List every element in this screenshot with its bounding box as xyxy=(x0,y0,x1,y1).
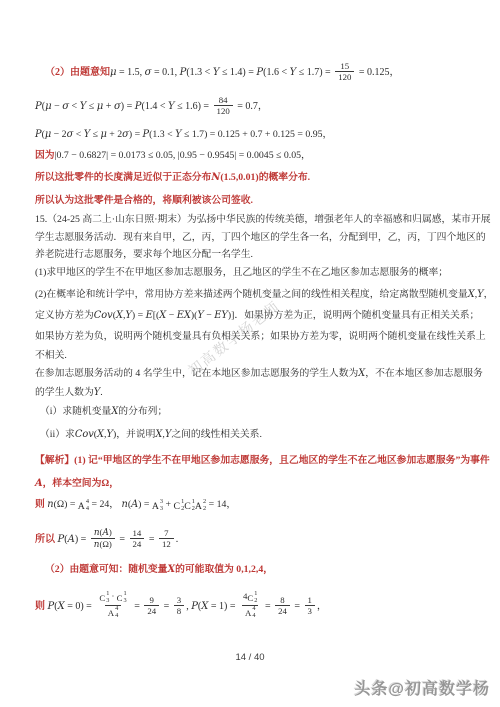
text-run: 8 xyxy=(177,606,181,616)
symbol-scripts: 44 xyxy=(115,606,118,620)
fraction-numerator: n(A) xyxy=(91,527,115,538)
fraction-denominator: n(Ω) xyxy=(91,538,115,550)
text-run: 所以这批零件的长度满足近似于正态分布 xyxy=(35,172,211,183)
fraction-numerator: 1 xyxy=(305,595,315,605)
doc-line: 的学生人数为Y. xyxy=(35,382,472,403)
text-run: )，并说明 xyxy=(113,429,155,440)
doc-line: P(μ − σ < Y ≤ μ + σ) = P(1.4 < Y ≤ 1.6) … xyxy=(35,90,472,124)
text-run: 在参加志愿服务活动的 4 名学生中，记在本地区参加志愿服务的学生人数为 xyxy=(35,368,358,379)
text-run: = 1) = xyxy=(208,601,238,612)
subscript: 4 xyxy=(115,613,118,620)
doc-line: 不相关. xyxy=(35,347,472,365)
fraction: 1424 xyxy=(130,528,145,549)
text-run: 之间的线性相关关系. xyxy=(171,429,262,440)
permutation-symbol: C13 xyxy=(99,591,109,605)
math-variable: P xyxy=(191,601,198,612)
doc-line: 则 P(X = 0) = C13 · C13A44 = 924 = 38, P(… xyxy=(35,588,472,626)
fraction: C13 · C13A44 xyxy=(96,591,129,620)
text-run: (2)在概率论和统计学中，常用协方差来描述两个随机变量之间的线性相关程度，给定离… xyxy=(35,289,468,300)
fraction: 824 xyxy=(275,595,290,616)
symbol-base: C xyxy=(184,496,191,517)
text-run: = 0) = xyxy=(65,601,95,612)
doc-line: （ii）求Cov(X,Y)，并说明X,Y之间的线性相关关系. xyxy=(35,424,472,445)
text-run: （ii）求 xyxy=(40,429,75,440)
text-run: (1)求甲地区的学生不在甲地区参加志愿服务，且乙地区的学生不在乙地区参加志愿服务… xyxy=(35,267,448,278)
text-run: ， xyxy=(317,601,327,612)
text-run: = xyxy=(132,601,143,612)
text-run: 3 xyxy=(177,595,181,605)
symbol-base: C xyxy=(174,496,181,517)
text-run: 120 xyxy=(217,106,230,116)
symbol-base: A xyxy=(78,496,85,517)
text-run: (1.5,0.01) xyxy=(220,172,258,183)
text-run: = 0.125， xyxy=(356,67,399,78)
text-run: − xyxy=(52,101,63,112)
math-variable: Cov xyxy=(75,429,94,440)
fraction: 38 xyxy=(174,595,184,616)
text-run: ≤ 1.7) = 0.125 + 0.7 + 0.125 = 0.95， xyxy=(182,129,333,140)
text-run: < xyxy=(73,129,83,140)
fraction-numerator: C13 · C13 xyxy=(96,591,129,605)
fraction-numerator: 84 xyxy=(216,95,231,105)
text-run: < xyxy=(69,101,80,112)
subscript: 3 xyxy=(124,598,127,605)
text-run: 24 xyxy=(278,606,287,616)
math-variable: A xyxy=(68,534,75,545)
math-variable: X xyxy=(468,289,475,300)
text-run: 的分布列； xyxy=(118,406,167,417)
text-run: ) = xyxy=(129,129,143,140)
text-run: 养老院进行志愿服务，要求每个地区分配一名学生. xyxy=(35,249,253,260)
fraction: 712 xyxy=(159,528,174,549)
text-run: (Ω) xyxy=(99,539,111,549)
math-variable: X xyxy=(97,429,104,440)
text-run: ≤ 1.6) = xyxy=(175,101,212,112)
text-run: 的概率分布. xyxy=(259,172,310,183)
math-variable: N xyxy=(211,172,220,183)
math-variable: X xyxy=(116,310,123,321)
text-run: ) xyxy=(109,527,112,537)
brand-watermark: 头条@初高数学杨 xyxy=(354,676,490,699)
fraction: 84120 xyxy=(214,95,233,116)
text-run: 8 xyxy=(280,595,284,605)
text-run: + xyxy=(163,499,173,510)
text-run: = xyxy=(117,534,128,545)
math-variable: EY xyxy=(214,310,228,321)
symbol-scripts: 44 xyxy=(252,606,255,620)
fraction: 924 xyxy=(144,595,159,616)
fraction-denominator: 24 xyxy=(275,605,290,616)
text-run: + xyxy=(103,101,114,112)
text-run: ，不在本地区参加志愿服务 xyxy=(365,368,483,379)
text-run: − xyxy=(204,310,214,321)
text-run: = xyxy=(292,601,303,612)
doc-line: (1)求甲地区的学生不在甲地区参加志愿服务，且乙地区的学生不在乙地区参加志愿服务… xyxy=(35,264,472,282)
subscript: 2 xyxy=(254,598,257,605)
text-run: ) = xyxy=(138,499,152,510)
text-run: ) = xyxy=(132,310,146,321)
text-run: − 2 xyxy=(51,129,66,140)
math-variable: X xyxy=(58,601,65,612)
text-run: ， xyxy=(109,478,119,489)
doc-line: 15.（24-25 高二上·山东日照·期末）为弘扬中华民族的传统美德，增强老年人… xyxy=(35,211,472,229)
math-variable: X xyxy=(167,564,175,575)
math-variable: E xyxy=(146,310,153,321)
text-run: ≤ 1.4) = xyxy=(219,67,256,78)
text-run: (1.3 < xyxy=(149,129,175,140)
text-run: 【解析】(1) 记“甲地区的学生不在甲地区参加志愿服务，且乙地区的学生不在乙地区… xyxy=(35,455,490,466)
fraction-denominator: 12 xyxy=(159,538,174,549)
fraction-numerator: 9 xyxy=(147,595,157,605)
text-run: 学生志愿服务活动．现有来自甲，乙，丙，丁四个地区的学生各一名，分配到甲，乙，丙，… xyxy=(35,232,486,243)
text-run: + 2 xyxy=(107,129,122,140)
doc-line: 学生志愿服务活动．现有来自甲，乙，丙，丁四个地区的学生各一名，分配到甲，乙，丙，… xyxy=(35,229,472,247)
text-run: ≤ xyxy=(90,129,100,140)
symbol-base: A xyxy=(245,608,251,618)
symbol-base: C xyxy=(99,593,105,603)
text-run: 1 xyxy=(308,595,312,605)
fraction: n(A)n(Ω) xyxy=(91,527,115,550)
symbol-base: C xyxy=(117,593,123,603)
permutation-symbol: C12 xyxy=(174,496,185,517)
doc-line: 因为|0.7 − 0.6827| = 0.0173 ≤ 0.05, |0.95 … xyxy=(35,145,472,166)
text-run: （i）求随机变量 xyxy=(40,406,111,417)
text-run: . xyxy=(176,534,179,545)
symbol-scripts: 13 xyxy=(124,591,127,605)
text-run: = 0.7， xyxy=(235,101,268,112)
permutation-symbol: A44 xyxy=(108,606,119,620)
text-run: ) = xyxy=(121,101,135,112)
doc-line: 在参加志愿服务活动的 4 名学生中，记在本地区参加志愿服务的学生人数为X，不在本… xyxy=(35,365,472,383)
text-run: 9 xyxy=(150,595,154,605)
text-run: 则 xyxy=(35,499,45,510)
doc-line: （i）求随机变量X的分布列； xyxy=(35,403,472,421)
doc-line: 所以认为这批零件是合格的，将顺利被该公司签收. xyxy=(35,190,472,211)
text-run: 12 xyxy=(162,539,171,549)
text-run: (Ω) = xyxy=(54,499,78,510)
text-run: 所以 xyxy=(35,534,55,545)
math-variable: P xyxy=(35,129,42,140)
fraction: 4C12A44 xyxy=(240,591,260,620)
fraction-denominator: 3 xyxy=(305,605,315,616)
permutation-symbol: C12 xyxy=(184,496,195,517)
doc-line: 【解析】(1) 记“甲地区的学生不在甲地区参加志愿服务，且乙地区的学生不在乙地区… xyxy=(35,449,472,473)
text-run: = 1.5, xyxy=(117,67,145,78)
page-number: 14 / 40 xyxy=(0,652,500,663)
permutation-symbol: A44 xyxy=(245,606,256,620)
fraction-numerator: 3 xyxy=(174,595,184,605)
math-variable: Y xyxy=(168,101,175,112)
fraction-numerator: 14 xyxy=(130,528,145,538)
text-run: = xyxy=(262,601,273,612)
doc-line: 养老院进行志愿服务，要求每个地区分配一名学生. xyxy=(35,246,472,264)
permutation-symbol: C12 xyxy=(247,591,257,605)
document-page: （2）由题意知μ = 1.5, σ = 0.1, P(1.3 < Y ≤ 1.4… xyxy=(0,0,500,707)
text-run: )]．如果协方差为正，说明两个随机变量具有正相关关系； xyxy=(228,310,479,321)
doc-line: 如果协方差为负，说明两个随机变量具有负相关关系；如果协方差为零，说明两个随机变量… xyxy=(35,326,472,347)
text-run: 120 xyxy=(338,72,351,82)
doc-line: 所以 P(A) = n(A)n(Ω) = 1424 = 712. xyxy=(35,521,472,559)
doc-line: （2）由题意知μ = 1.5, σ = 0.1, P(1.3 < Y ≤ 1.4… xyxy=(35,56,472,90)
math-variable: σ xyxy=(114,101,121,112)
permutation-symbol: A33 xyxy=(152,496,163,517)
text-run: 14 xyxy=(133,528,142,538)
permutation-symbol: C13 xyxy=(117,591,127,605)
fraction-denominator: 24 xyxy=(130,538,145,549)
text-run: （2）由题意可知：随机变量 xyxy=(45,564,167,575)
text-run: |0.7 − 0.6827| = 0.0173 ≤ 0.05, |0.95 − … xyxy=(55,150,311,161)
doc-line: 则 n(Ω) = A44 = 24， n(A) = A33 + C12C12A2… xyxy=(35,494,472,515)
text-run: = xyxy=(146,534,157,545)
fraction: 15120 xyxy=(335,61,354,82)
text-run: ≤ xyxy=(86,101,97,112)
fraction-denominator: A44 xyxy=(242,605,259,620)
text-run: (1.3 < xyxy=(186,67,212,78)
doc-line: 所以这批零件的长度满足近似于正态分布N(1.5,0.01)的概率分布. xyxy=(35,166,472,190)
math-variable: Cov xyxy=(94,310,113,321)
text-run: 不相关. xyxy=(35,350,67,361)
symbol-base: A xyxy=(195,496,202,517)
text-run: = 14， xyxy=(206,499,236,510)
text-run: ≤ 1.7) = xyxy=(296,67,333,78)
doc-line: P(μ − 2σ < Y ≤ μ + 2σ) = P(1.3 < Y ≤ 1.7… xyxy=(35,124,472,145)
text-run: 84 xyxy=(219,95,228,105)
text-run: 7 xyxy=(164,528,168,538)
fraction-denominator: 120 xyxy=(335,71,354,82)
math-variable: P xyxy=(35,101,42,112)
text-run: （2）由题意知 xyxy=(45,67,110,78)
text-run: − xyxy=(166,310,176,321)
fraction: 13 xyxy=(305,595,315,616)
symbol-scripts: 12 xyxy=(254,591,257,605)
text-run: = xyxy=(161,601,172,612)
text-run: ，样本空间为 xyxy=(43,478,102,489)
doc-line: （2）由题意可知：随机变量X的可能取值为 0,1,2,4， xyxy=(35,559,472,580)
text-run: 则 xyxy=(35,601,45,612)
text-run: 定义协方差为 xyxy=(35,310,94,321)
math-variable: σ xyxy=(122,129,129,140)
text-run: 24 xyxy=(133,539,142,549)
text-run: = 24， xyxy=(89,499,121,510)
text-run: 因为 xyxy=(35,150,55,161)
text-run: 15.（24-25 高二上·山东日照·期末）为弘扬中华民族的传统美德，增强老年人… xyxy=(35,214,491,225)
fraction-denominator: 24 xyxy=(144,605,159,616)
text-run: ， xyxy=(484,289,494,300)
fraction-numerator: 7 xyxy=(161,528,171,538)
permutation-symbol: A22 xyxy=(195,496,206,517)
text-run: 的可能取值为 0,1,2,4， xyxy=(175,564,273,575)
text-run: (1.4 < xyxy=(141,101,167,112)
text-run: 24 xyxy=(147,606,156,616)
math-variable: A xyxy=(35,478,43,489)
text-run: ) = xyxy=(75,534,89,545)
text-run: · xyxy=(109,591,116,601)
text-run: 如果协方差为负，说明两个随机变量具有负相关关系；如果协方差为零，说明两个随机变量… xyxy=(35,331,486,342)
symbol-base: A xyxy=(152,496,159,517)
text-run: 的学生人数为 xyxy=(35,387,94,398)
symbol-base: A xyxy=(108,608,114,618)
doc-line: (2)在概率论和统计学中，常用协方差来描述两个随机变量之间的线性相关程度，给定离… xyxy=(35,284,472,305)
fraction-denominator: 8 xyxy=(174,605,184,616)
text-run: 15 xyxy=(340,61,349,71)
fraction-denominator: 120 xyxy=(214,105,233,116)
subscript: 4 xyxy=(252,613,255,620)
text-run: 所以认为这批零件是合格的，将顺利被该公司签收. xyxy=(35,195,253,206)
symbol-base: C xyxy=(247,593,253,603)
fraction-numerator: 4C12 xyxy=(240,591,260,605)
permutation-symbol: A44 xyxy=(78,496,89,517)
fraction-numerator: 8 xyxy=(277,595,287,605)
fraction-denominator: A44 xyxy=(105,605,122,620)
math-variable: EX xyxy=(177,310,191,321)
doc-line: 定义协方差为Cov(X,Y) = E[(X − EX)(Y − EY)]．如果协… xyxy=(35,305,472,326)
text-run: . xyxy=(100,387,102,398)
text-run: 3 xyxy=(308,606,312,616)
text-run: (1.6 < xyxy=(263,67,289,78)
fraction-numerator: 15 xyxy=(337,61,352,71)
text-run: = 0.1, xyxy=(151,67,179,78)
document-content: （2）由题意知μ = 1.5, σ = 0.1, P(1.3 < Y ≤ 1.4… xyxy=(35,0,472,626)
doc-line: A，样本空间为Ω， xyxy=(35,473,472,494)
